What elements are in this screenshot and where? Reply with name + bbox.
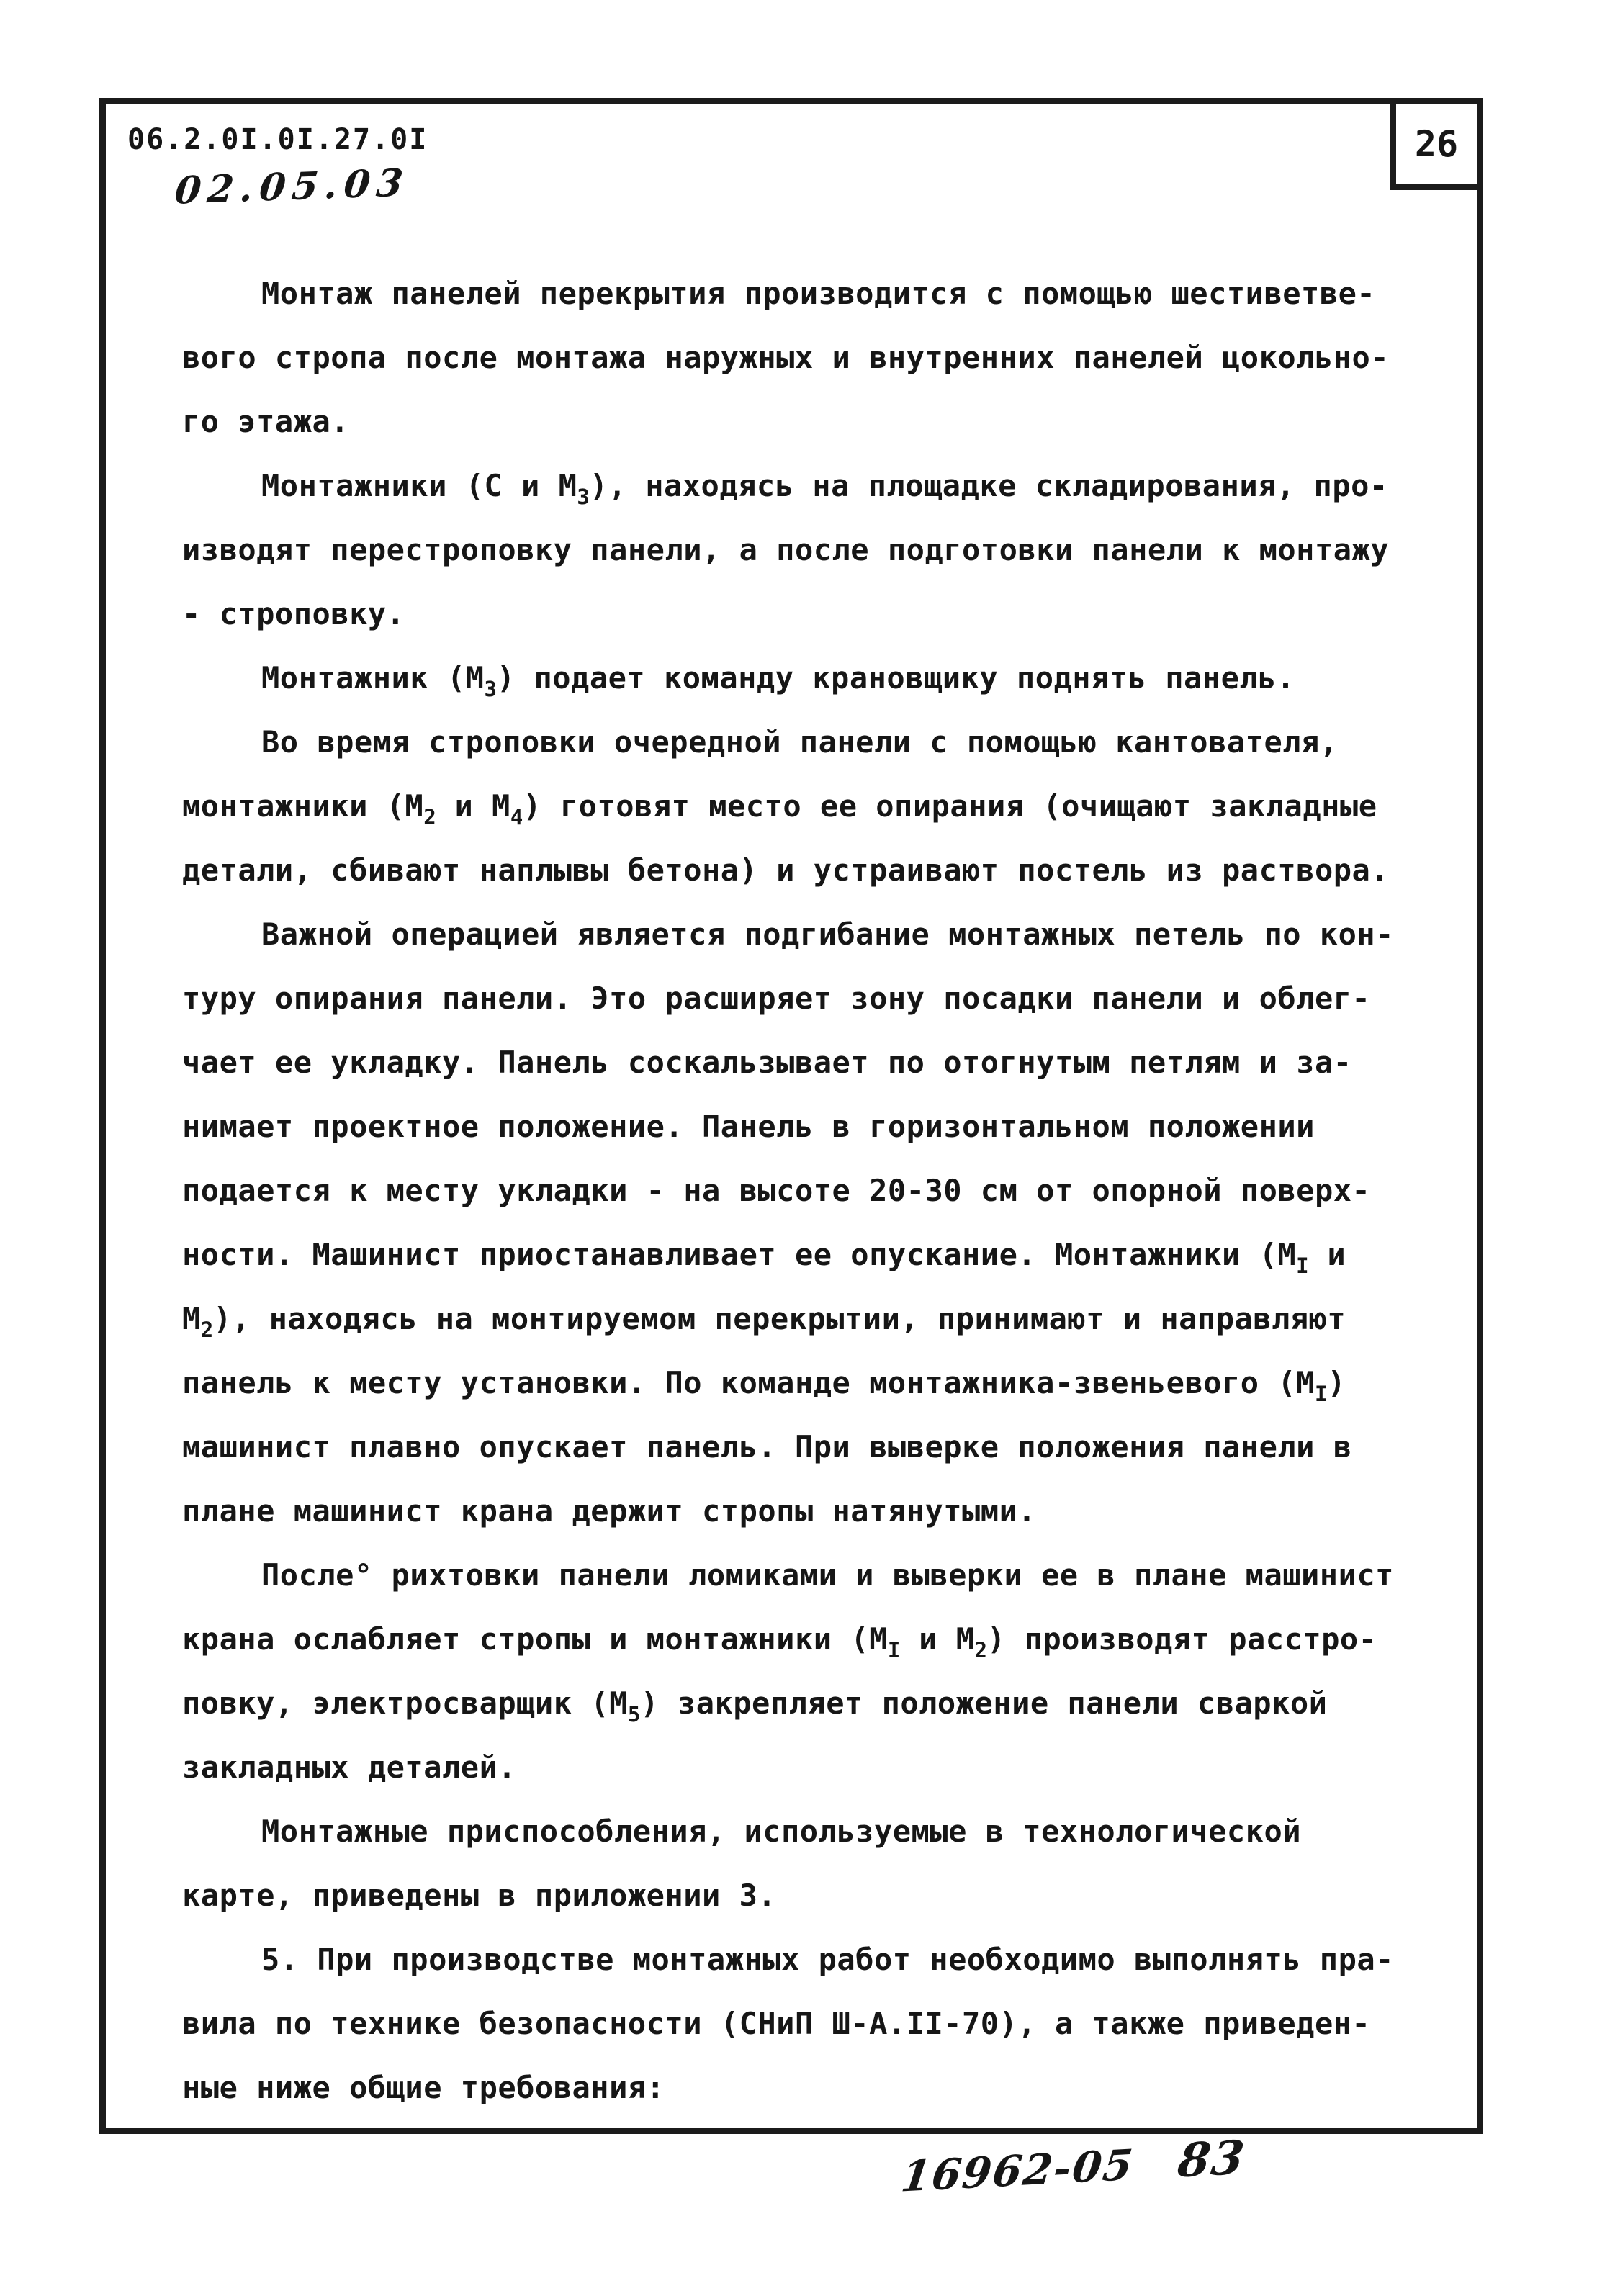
text-line: М2), находясь на монтируемом перекрытии,… (182, 1287, 1451, 1351)
footer-handwritten-number: 16962-05 (899, 2140, 1137, 2201)
text-line: чает ее укладку. Панель соскальзывает по… (182, 1030, 1451, 1094)
subscript-index: 3 (484, 677, 496, 701)
doc-number: 06.2.0I.0I.27.0I (127, 123, 428, 156)
text-line: подается к месту укладки - на высоте 20-… (182, 1158, 1451, 1223)
handwritten-code: 02.05.03 (173, 161, 412, 213)
text-line: Монтажные приспособления, используемые в… (182, 1799, 1451, 1863)
text-line: изводят перестроповку панели, а после по… (182, 518, 1451, 582)
subscript-index: I (1315, 1382, 1327, 1406)
text-line: машинист плавно опускает панель. При выв… (182, 1415, 1451, 1479)
subscript-index: 2 (423, 805, 436, 829)
footer-page-number: 83 (1175, 2130, 1249, 2188)
text-line: Монтаж панелей перекрытия производится с… (182, 261, 1451, 325)
text-line: - строповку. (182, 582, 1451, 646)
text-line: го этажа. (182, 390, 1451, 454)
text-line: плане машинист крана держит стропы натян… (182, 1479, 1451, 1543)
text-line: Монтажник (М3) подает команду крановщику… (182, 646, 1451, 710)
footer: 16962-0583 (899, 2130, 1249, 2203)
text-line: 5. При производстве монтажных работ необ… (182, 1927, 1451, 1991)
text-line: карте, приведены в приложении 3. (182, 1863, 1451, 1927)
page-number-box: 26 (1390, 98, 1483, 190)
page-number: 26 (1415, 123, 1458, 165)
text-line: Важной операцией является подгибание мон… (182, 902, 1451, 966)
document-page: 06.2.0I.0I.27.0I 02.05.03 26 Монтаж пане… (0, 0, 1615, 2296)
page-frame: 06.2.0I.0I.27.0I 02.05.03 26 Монтаж пане… (99, 98, 1483, 2134)
text-line: Во время строповки очередной панели с по… (182, 710, 1451, 774)
subscript-index: 5 (628, 1702, 640, 1726)
text-line: детали, сбивают наплывы бетона) и устраи… (182, 838, 1451, 902)
text-line: После° рихтовки панели ломиками и выверк… (182, 1543, 1451, 1607)
subscript-index: I (1296, 1253, 1308, 1278)
text-line: вого стропа после монтажа наружных и вну… (182, 325, 1451, 390)
subscript-index: 4 (510, 805, 523, 829)
text-line: Монтажники (С и М3), находясь на площадк… (182, 454, 1451, 518)
text-line: ности. Машинист приостанавливает ее опус… (182, 1223, 1451, 1287)
subscript-index: 2 (975, 1638, 987, 1662)
text-line: монтажники (М2 и М4) готовят место ее оп… (182, 774, 1451, 838)
text-line: туру опирания панели. Это расширяет зону… (182, 966, 1451, 1030)
text-line: нимает проектное положение. Панель в гор… (182, 1094, 1451, 1158)
text-line: вила по технике безопасности (СНиП Ш-А.I… (182, 1991, 1451, 2056)
text-line: ные ниже общие требования: (182, 2056, 1451, 2120)
text-line: панель к месту установки. По команде мон… (182, 1351, 1451, 1415)
text-line: повку, электросварщик (М5) закрепляет по… (182, 1671, 1451, 1735)
subscript-index: 2 (201, 1318, 213, 1342)
subscript-index: 3 (577, 485, 589, 509)
text-line: крана ослабляет стропы и монтажники (МI … (182, 1607, 1451, 1671)
text-line: закладных деталей. (182, 1735, 1451, 1799)
body-text: Монтаж панелей перекрытия производится с… (182, 261, 1451, 2120)
subscript-index: I (888, 1638, 900, 1662)
